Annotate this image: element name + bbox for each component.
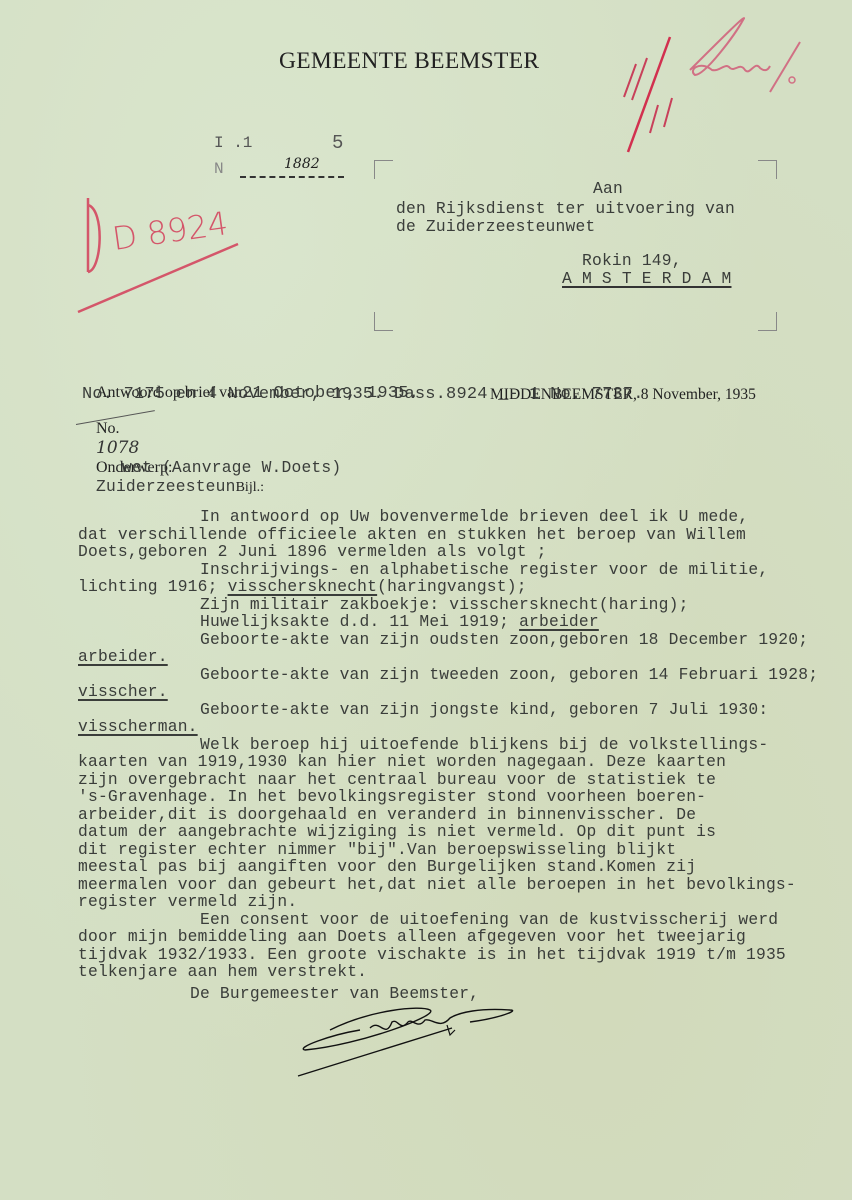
recipient-line1: den Rijksdienst ter uitvoering van [396,199,735,218]
body-line: Geboorte-akte van zijn oudsten zoon,gebo… [78,631,818,649]
recipient-salutation: Aan [593,179,623,198]
body-line: telkenjare aan hem verstrekt. [78,963,818,981]
subject-line1: Onderwerp: ZuiderzeesteunBijl.: [80,441,264,514]
body-line: Huwelijksakte d.d. 11 Mei 1919; arbeider [78,613,818,631]
body-line: Geboorte-akte van zijn jongste kind, geb… [78,701,818,719]
body-line: kaarten van 1919,1930 kan hier niet word… [78,753,818,771]
body-line: lichting 1916; visschersknecht(haringvan… [78,578,818,596]
body-line: arbeider,dit is doorgehaald en veranderd… [78,806,818,824]
recipient-line2: de Zuiderzeesteunwet [396,217,595,236]
body-line: dat verschillende officieele akten en st… [78,526,818,544]
body-line-text: (haringvangst); [377,577,527,596]
body-line-text: Huwelijksakte d.d. 11 Mei 1919; [200,612,519,631]
window-corner-br [758,312,777,331]
body-line: tijdvak 1932/1933. Een groote vischakte … [78,946,818,964]
recipient-street: Rokin 149, [582,251,682,270]
body-line: Inschrijvings- en alphabetische register… [78,561,818,579]
underlined-occupation: arbeider. [78,647,168,666]
underlined-occupation: visschersknecht [228,577,378,596]
window-corner-bl [374,312,393,331]
underlined-occupation: visscherman. [78,717,198,736]
body-line: Welk beroep hij uitoefende blijkens bij … [78,736,818,754]
body-line: In antwoord op Uw bovenvermelde brieven … [78,508,818,526]
letter-body: In antwoord op Uw bovenvermelde brieven … [78,508,818,981]
body-line: dit register echter nimmer "bij".Van ber… [78,841,818,859]
underlined-occupation: visscher. [78,682,168,701]
body-line: Doets,geboren 2 Juni 1896 vermelden als … [78,543,818,561]
recipient-city-text: A M S T E R D A M [562,269,732,288]
body-line-text: lichting 1916; [78,577,228,596]
body-line: register vermeld zijn. [78,893,818,911]
subject-text-1: Zuiderzeesteun [96,477,236,496]
file-number-label: No. [96,420,120,437]
body-line: meermalen voor dan gebeurt het,dat niet … [78,876,818,894]
signatory-title: De Burgemeester van Beemster, [190,984,479,1003]
body-line: datum der aangebrachte wijziging is niet… [78,823,818,841]
body-line: zijn overgebracht naar het centraal bure… [78,771,818,789]
body-line: 's-Gravenhage. In het bevolkingsregister… [78,788,818,806]
underlined-occupation: arbeider [519,612,599,631]
window-corner-tr [758,160,777,179]
letter-page: GEMEENTE BEEMSTER I .1 5 N 1882 D 8924 A… [0,0,852,1200]
body-line: arbeider. [78,648,818,666]
body-line: door mijn bemiddeling aan Doets alleen a… [78,928,818,946]
subject-line2: wet (Aanvrage W.Doets) [122,458,341,477]
body-line: visscher. [78,683,818,701]
signature [300,1005,520,1080]
attachments-label: Bijl.: [236,480,264,495]
body-line: Zijn militair zakboekje: visschersknecht… [78,596,818,614]
window-corner-tl [374,160,393,179]
body-line: Geboorte-akte van zijn tweeden zoon, geb… [78,666,818,684]
body-line: meestal pas bij aangiften voor den Burge… [78,858,818,876]
body-line: visscherman. [78,718,818,736]
reference-numbers: No. 7175 en 4 November, 1935. Dass.8924 … [82,385,644,404]
recipient-city: A M S T E R D A M [562,269,732,288]
body-line: Een consent voor de uitoefening van de k… [78,911,818,929]
